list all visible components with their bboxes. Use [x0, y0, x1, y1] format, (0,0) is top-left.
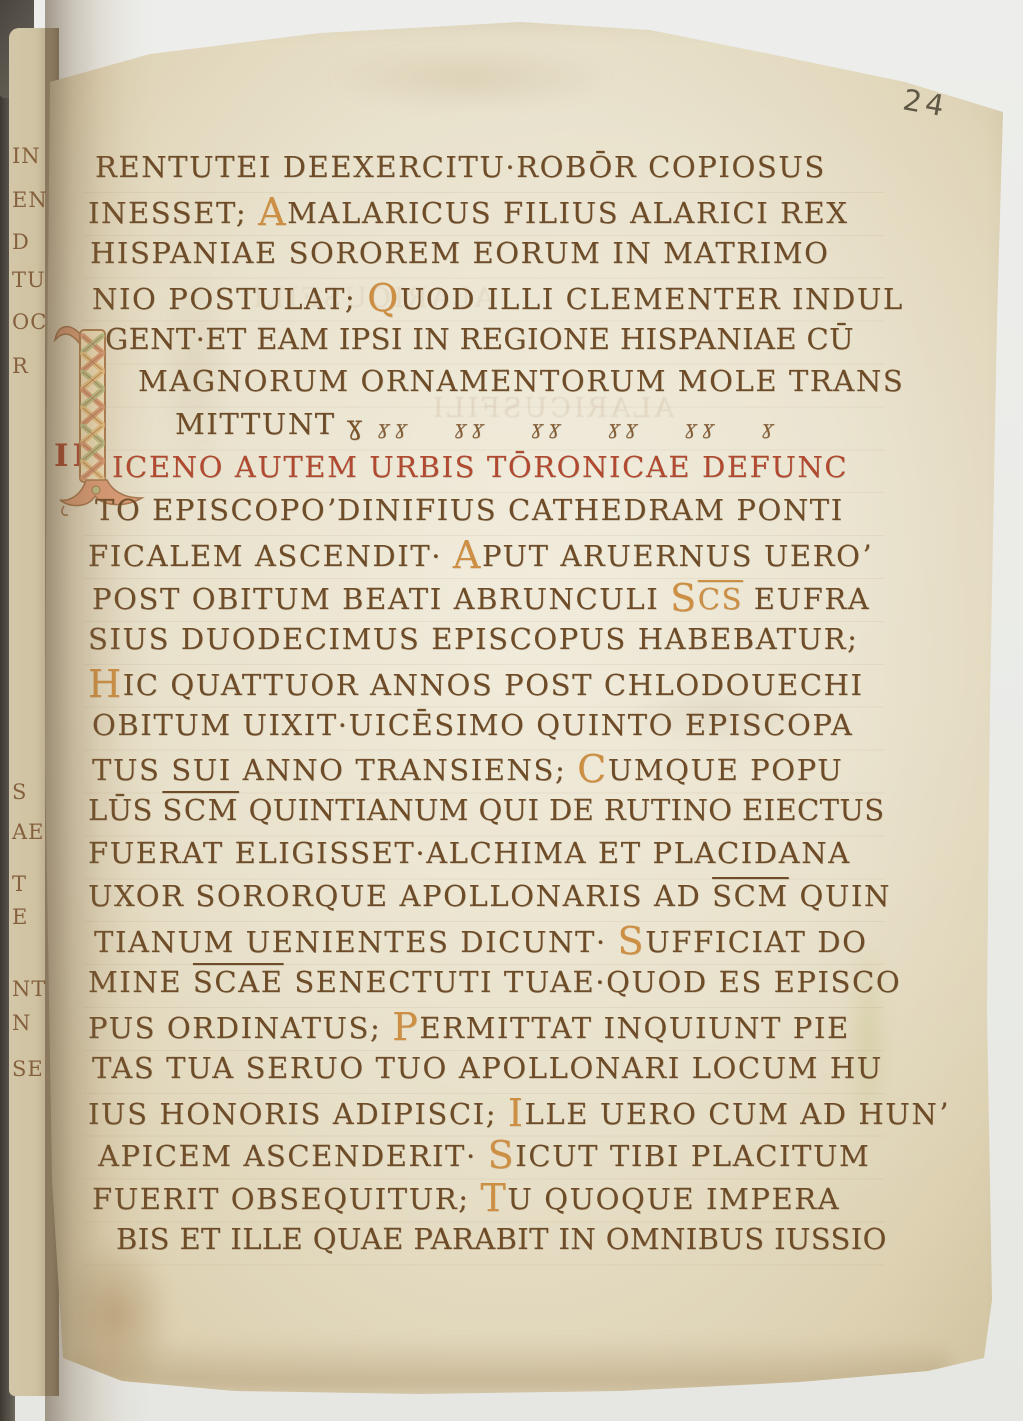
body-text: INESSET; — [88, 196, 258, 230]
margin-letter-fragment: SE — [12, 1057, 44, 1081]
text-line: MINE SCAE SENECTUTI TUAE·QUOD ES EPISCO — [88, 961, 898, 1004]
text-line: HIC QUATTUOR ANNOS POST CHLODOUECHI — [88, 661, 898, 704]
body-text: ERMITTAT INQUIUNT PIE — [419, 1011, 849, 1045]
manuscript-photo: INENDTUOCRSAETENTNSE ALARICUSFILI ALARIC… — [0, 0, 1023, 1421]
body-text: QUINTIANUM QUI DE RUTINO EIECTUS — [239, 793, 885, 827]
parchment-stain — [70, 1338, 950, 1390]
body-text: UFFICIAT DO — [645, 925, 867, 959]
margin-letter-fragment: D — [12, 230, 30, 254]
margin-letter-fragment: R — [12, 354, 29, 378]
body-text: OBITUM UIXIT·UICĒSIMO QUINTO EPISCOPA — [92, 708, 853, 742]
initial-letter: A — [453, 533, 482, 577]
text-line: FUERIT OBSEQUITUR; TU QUOQUE IMPERA — [92, 1175, 898, 1218]
body-text: UMQUE POPU — [608, 753, 843, 787]
body-text: HISPANIAE SOROREM EORUM IN MATRIMO — [90, 236, 829, 270]
body-text: EUFRA — [743, 582, 870, 616]
text-line: TUS SUI ANNO TRANSIENS; CUMQUE POPU — [92, 746, 898, 789]
initial-letter: I — [508, 1091, 525, 1135]
body-text: MINE — [88, 965, 193, 999]
body-text: QUIN — [789, 879, 891, 913]
text-line: RENTUTEI DEEXERCITU·ROBŌR COPIOSUS — [95, 146, 898, 189]
text-line: GENT·ET EAM IPSI IN REGIONE HISPANIAE CŪ — [105, 318, 898, 361]
parchment-page: ALARICUSFILI ALARICUSFILI 24 II — [0, 0, 1023, 1421]
text-line: UXOR SORORQUE APOLLONARIS AD SCM QUIN — [88, 875, 898, 918]
body-text: MAGNORUM ORNAMENTORUM MOLE TRANS — [138, 364, 904, 398]
text-line: POST OBITUM BEATI ABRUNCULI SCS EUFRA — [92, 575, 898, 618]
margin-letter-fragment: N — [12, 1011, 31, 1035]
initial-letter: C — [577, 747, 608, 791]
text-line: LŪS SCM QUINTIANUM QUI DE RUTINO EIECTUS — [88, 789, 898, 832]
initial-letter: S — [618, 919, 646, 963]
body-text: TO EPISCOPOʼDINIFIUS CATHEDRAM PONTI — [95, 493, 844, 527]
body-text: U QUOQUE IMPERA — [507, 1182, 840, 1216]
body-text: APICEM ASCENDERIT· — [98, 1139, 488, 1173]
body-text: ICUT TIBI PLACITUM — [515, 1139, 870, 1173]
body-text: GENT·ET EAM IPSI IN REGIONE HISPANIAE CŪ — [105, 322, 854, 356]
margin-letter-fragment: IN — [12, 144, 41, 168]
body-text: IUS HONORIS ADIPISCI; — [88, 1097, 508, 1131]
text-line: FICALEM ASCENDIT· APUT ARUERNUS UEROʼ — [88, 532, 898, 575]
text-line: TAS TUA SERUO TUO APOLLONARI LOCUM HU — [92, 1047, 898, 1090]
rubric-text: ICENO AUTEM URBIS TŌRONICAE DEFUNC — [112, 450, 848, 484]
text-line: APICEM ASCENDERIT· SICUT TIBI PLACITUM — [98, 1132, 898, 1175]
text-line: TO EPISCOPOʼDINIFIUS CATHEDRAM PONTI — [95, 489, 898, 532]
body-text: NIO POSTULAT; — [92, 282, 367, 316]
initial-letter: P — [392, 1005, 419, 1049]
initial-letter: S — [488, 1133, 516, 1177]
text-line: PUS ORDINATUS; PERMITTAT INQUIUNT PIE — [88, 1004, 898, 1047]
text-line: MITTUNT ɣɣɣ ɣɣ ɣɣ ɣɣ ɣɣ ɣ — [175, 403, 898, 446]
body-text: RENTUTEI DEEXERCITU·ROBŌR COPIOSUS — [95, 150, 826, 184]
body-text: IC QUATTUOR ANNOS POST CHLODOUECHI — [123, 668, 864, 702]
text-line: INESSET; AMALARICUS FILIUS ALARICI REX — [88, 189, 898, 232]
initial-letter: H — [88, 662, 123, 706]
text-block: RENTUTEI DEEXERCITU·ROBŌR COPIOSUSINESSE… — [88, 146, 898, 1261]
margin-letter-fragment: S — [12, 780, 27, 804]
body-text: PUS ORDINATUS; — [88, 1011, 392, 1045]
body-text: MALARICUS FILIUS ALARICI REX — [287, 196, 848, 230]
body-text: LŪS — [88, 793, 162, 827]
body-text: UXOR SORORQUE APOLLONARIS AD — [88, 879, 712, 913]
text-line: OBITUM UIXIT·UICĒSIMO QUINTO EPISCOPA — [92, 704, 898, 747]
body-text: TUS SUI ANNO TRANSIENS; — [92, 753, 577, 787]
body-text: TIANUM UENIENTES DICUNT· — [94, 925, 618, 959]
initial-letter: T — [480, 1176, 507, 1220]
margin-letter-fragment: TU — [12, 268, 46, 292]
margin-letter-fragment: NT — [12, 977, 46, 1001]
initial-letter: A — [258, 190, 287, 234]
initial-letter: Q — [367, 276, 400, 320]
body-text: ɣɣ ɣɣ ɣɣ ɣɣ ɣɣ ɣ — [372, 407, 786, 450]
margin-letter-fragment: T — [12, 872, 27, 896]
body-text: SIUS DUODECIMUS EPISCOPUS HABEBATUR; — [88, 622, 858, 656]
margin-letter-fragment: EN — [12, 188, 48, 212]
body-text: FUERIT OBSEQUITUR; — [92, 1182, 480, 1216]
text-line: IUS HONORIS ADIPISCI; ILLE UERO CUM AD H… — [88, 1090, 898, 1133]
body-text: FICALEM ASCENDIT· — [88, 539, 453, 573]
initial-letter: S — [670, 576, 698, 620]
text-line: NIO POSTULAT; QUOD ILLI CLEMENTER INDUL — [92, 275, 898, 318]
text-line: BIS ET ILLE QUAE PARABIT IN OMNIBUS IUSS… — [116, 1218, 898, 1261]
body-text: CS — [698, 582, 743, 616]
body-text: SCAE — [193, 965, 284, 999]
text-line: TIANUM UENIENTES DICUNT· SUFFICIAT DO — [94, 918, 898, 961]
body-text: FUERAT ELIGISSET·ALCHIMA ET PLACIDANA — [88, 836, 851, 870]
body-text: UOD ILLI CLEMENTER INDUL — [400, 282, 904, 316]
text-line: SIUS DUODECIMUS EPISCOPUS HABEBATUR; — [88, 618, 898, 661]
body-text: PUT ARUERNUS UEROʼ — [482, 539, 872, 573]
margin-letter-fragment: OC — [12, 310, 47, 334]
body-text: TAS TUA SERUO TUO APOLLONARI LOCUM HU — [92, 1051, 883, 1085]
body-text: ɣ — [347, 411, 364, 441]
text-line: HISPANIAE SOROREM EORUM IN MATRIMO — [90, 232, 898, 275]
text-line: MAGNORUM ORNAMENTORUM MOLE TRANS — [138, 360, 898, 403]
text-line: ICENO AUTEM URBIS TŌRONICAE DEFUNC — [112, 446, 898, 489]
margin-letter-fragment: AE — [12, 820, 45, 844]
parchment-stain — [290, 38, 650, 118]
body-text: POST OBITUM BEATI ABRUNCULI — [92, 582, 670, 616]
text-line: FUERAT ELIGISSET·ALCHIMA ET PLACIDANA — [88, 832, 898, 875]
body-text: SCM — [162, 793, 239, 827]
body-text: MITTUNT — [175, 407, 347, 441]
body-text: SENECTUTI TUAE·QUOD ES EPISCO — [284, 965, 902, 999]
body-text: BIS ET ILLE QUAE PARABIT IN OMNIBUS IUSS… — [116, 1222, 887, 1256]
folio-number: 24 — [900, 82, 950, 123]
margin-letter-fragment: E — [12, 905, 28, 929]
body-text: LLE UERO CUM AD HUNʼ — [525, 1097, 950, 1131]
body-text: SCM — [712, 879, 789, 913]
